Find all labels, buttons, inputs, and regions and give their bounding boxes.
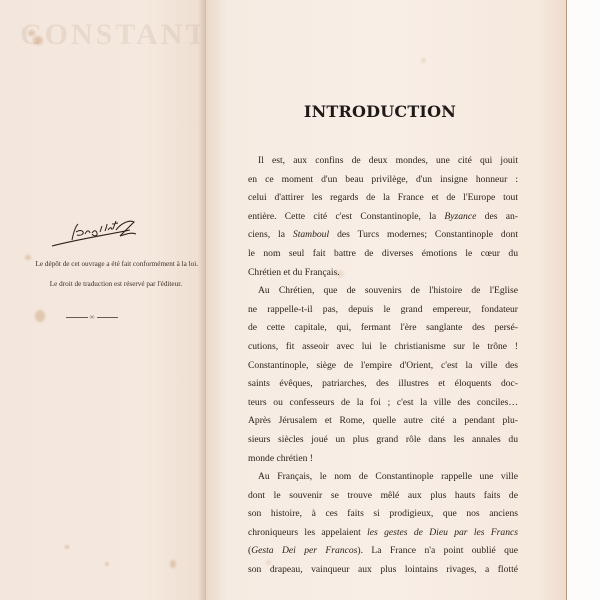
foxing-spot: [33, 36, 43, 45]
page-title: INTRODUCTION: [260, 102, 500, 121]
ornament-divider: ∞: [66, 313, 118, 321]
text-line: monde chrétien !: [248, 450, 518, 469]
ornament-rule: [66, 317, 88, 318]
text-segment: ). La France n'a point oublié que: [357, 545, 518, 556]
foxing-spot: [65, 545, 69, 549]
text-line: ciens, la Stamboul des Turcs modernes; C…: [248, 226, 518, 245]
text-line: (Gesta Dei per Francos). La France n'a p…: [248, 542, 518, 561]
text-segment: des Turcs modernes; Constantinople dont: [329, 229, 518, 240]
text-line: Au Chrétien, que de souvenirs de l'histo…: [248, 282, 518, 301]
bleed-through-text: CONSTANTINOPLE: [20, 18, 200, 52]
ornament-rule: [97, 317, 119, 318]
text-line: Chrétien et du Français.: [248, 264, 518, 283]
text-line: chroniqueurs les appelaient les gestes d…: [248, 524, 518, 543]
introduction-body: Il est, aux confins de deux mondes, une …: [248, 152, 518, 580]
text-line: le nom seul fait battre de diverses émot…: [248, 245, 518, 264]
text-line: sieurs siècles joué un plus grand rôle d…: [248, 431, 518, 450]
book-spread: CONSTANTINOPLE Propriété Le dépôt de cet…: [0, 0, 600, 600]
text-line: ne rappelle-t-il pas, depuis le grand em…: [248, 301, 518, 320]
text-line: entière. Cette cité c'est Constantinople…: [248, 208, 518, 227]
text-line: teurs ou confesseurs de la foi ; c'est l…: [248, 394, 518, 413]
text-line: son histoire, à ces faits si prodigieux,…: [248, 505, 518, 524]
text-line: Il est, aux confins de deux mondes, une …: [248, 152, 518, 171]
text-line: celui d'attirer les regards de la France…: [248, 189, 518, 208]
text-line: cutions, fit asseoir avec lui le christi…: [248, 338, 518, 357]
italic-segment: Byzance: [444, 211, 476, 222]
legal-deposit-notice: Le dépôt de cet ouvrage a été fait confo…: [0, 260, 198, 268]
ornament-knot-icon: ∞: [88, 313, 97, 321]
text-line: Constantinople, siège de l'empire d'Orie…: [248, 357, 518, 376]
foxing-spot: [421, 58, 426, 63]
left-page: CONSTANTINOPLE Propriété Le dépôt de cet…: [0, 0, 206, 600]
text-line: de cette capitale, qui, fermant l'ère sa…: [248, 319, 518, 338]
translation-rights-notice: Le droit de traduction est réservé par l…: [0, 280, 182, 288]
text-line: en ce moment d'un beau privilège, d'un i…: [248, 171, 518, 190]
foxing-spot: [170, 560, 176, 568]
text-segment: ciens, la: [248, 229, 293, 240]
text-segment: des an-: [476, 211, 518, 222]
text-segment: chroniqueurs les appelaient: [248, 527, 367, 538]
italic-segment: les gestes de Dieu par les Francs: [367, 527, 518, 538]
foxing-spot: [28, 30, 35, 36]
signature-propriete-icon: Propriété: [50, 218, 140, 248]
foxing-spot: [105, 562, 109, 566]
text-line: dont le souvenir se trouve mêlé aux plus…: [248, 487, 518, 506]
text-line: son drapeau, vainqueur aux plus lointain…: [248, 561, 518, 580]
italic-segment: Gesta Dei per Francos: [251, 545, 357, 556]
italic-segment: Stamboul: [293, 229, 329, 240]
backdrop: [567, 0, 600, 600]
text-line: saints évêques, patriarches, des illustr…: [248, 375, 518, 394]
text-segment: entière. Cette cité c'est Constantinople…: [248, 211, 444, 222]
text-line: Après Jérusalem et Rome, quelle autre ci…: [248, 412, 518, 431]
text-line: Au Français, le nom de Constantinople ra…: [248, 468, 518, 487]
foxing-spot: [35, 310, 45, 322]
